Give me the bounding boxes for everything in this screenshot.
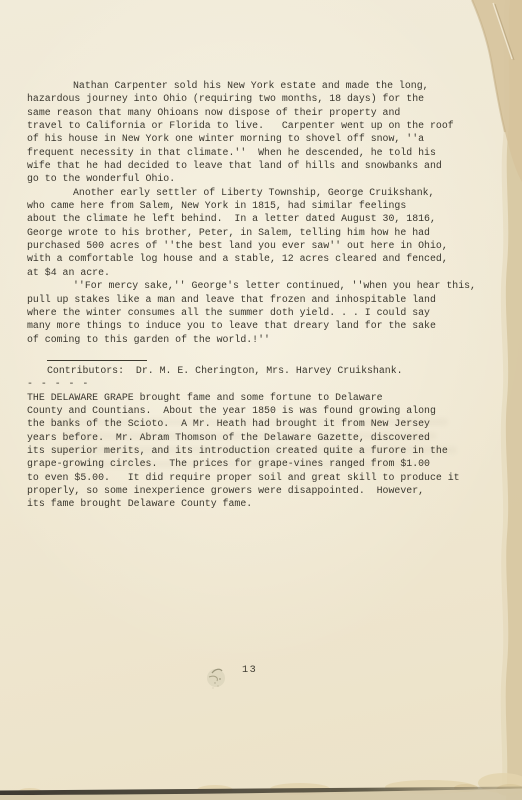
crease-line [495,4,514,60]
corner-stain [472,0,522,182]
contributors-rule [47,360,147,361]
bottom-edge-shadow [0,789,522,800]
paragraph-george-letter: ''For mercy sake,'' George's letter cont… [27,279,479,346]
scanned-page: Nathan Carpenter sold his New York estat… [0,0,522,800]
page-text-block: Nathan Carpenter sold his New York estat… [27,79,479,511]
crease-highlight [493,3,512,59]
paragraph-delaware-grape: THE DELAWARE GRAPE brought fame and some… [27,391,479,511]
right-edge-stain [506,0,522,800]
bottom-stains [18,773,522,796]
bottom-stains-dark [330,784,522,796]
right-edge-stain-soft [501,0,522,800]
page-number: 13 [242,665,257,676]
section-separator-dashes: - - - - - [27,377,479,390]
paragraph-george-cruikshank: Another early settler of Liberty Townshi… [27,186,479,279]
pencil-smudge [207,669,225,689]
paragraph-nathan-carpenter: Nathan Carpenter sold his New York estat… [27,79,479,186]
contributors-block: Contributors: Dr. M. E. Cherington, Mrs.… [47,360,479,377]
bottom-edge-line [0,787,522,796]
contributors-line: Contributors: Dr. M. E. Cherington, Mrs.… [47,364,479,377]
